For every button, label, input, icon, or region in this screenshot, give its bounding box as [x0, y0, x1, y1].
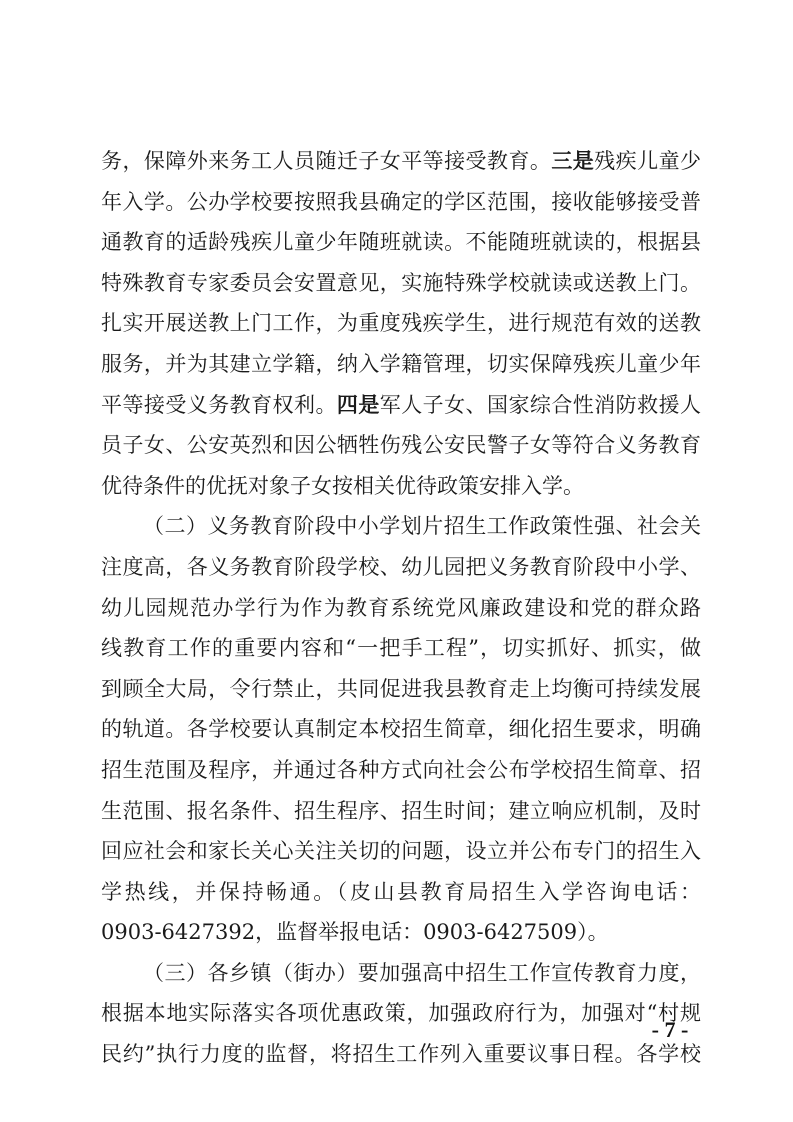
text-line: 幼儿园规范办学行为作为教育系统党风廉政建设和党的群众路 [101, 588, 701, 629]
text-line: 特殊教育专家委员会安置意见，实施特殊学校就读或送教上门。 [101, 263, 701, 304]
text-line: 通教育的适龄残疾儿童少年随班就读。不能随班就读的，根据县 [101, 222, 701, 263]
text-line: 平等接受义务教育权利。四是军人子女、国家综合性消防救援人 [101, 385, 701, 426]
section-two-heading-line: （二）义务教育阶段中小学划片招生工作政策性强、社会关 [101, 506, 701, 547]
text-line: 线教育工作的重要内容和“一把手工程”，切实抓好、抓实，做 [101, 628, 701, 669]
section-three-heading-line: （三）各乡镇（街办）要加强高中招生工作宣传教育力度， [101, 953, 701, 994]
text-line: 到顾全大局，令行禁止，共同促进我县教育走上均衡可持续发展 [101, 669, 701, 710]
text-line: 学热线，并保持畅通。（皮山县教育局招生入学咨询电话： [101, 872, 701, 913]
text-run: 平等接受义务教育权利。 [101, 393, 337, 417]
text-line: 生范围、报名条件、招生程序、招生时间；建立响应机制，及时 [101, 791, 701, 832]
document-page: 务，保障外来务工人员随迁子女平等接受教育。三是残疾儿童少 年入学。公办学校要按照… [0, 0, 793, 1122]
text-line: 回应社会和家长关心关注关切的问题，设立并公布专门的招生入 [101, 831, 701, 872]
text-line: 年入学。公办学校要按照我县确定的学区范围，接收能够接受普 [101, 182, 701, 223]
text-line: 招生范围及程序，并通过各种方式向社会公布学校招生简章、招 [101, 750, 701, 791]
text-line: 扎实开展送教上门工作，为重度残疾学生，进行规范有效的送教 [101, 303, 701, 344]
emphasis-sanshi: 三是 [551, 148, 594, 173]
text-run: 残疾儿童少 [594, 149, 701, 173]
text-line: 根据本地实际落实各项优惠政策，加强政府行为，加强对“村规 [101, 993, 701, 1034]
phone-numbers-line: 0903-6427392，监督举报电话：0903-6427509）。 [101, 912, 701, 953]
text-line: 员子女、公安英烈和因公牺牲伤残公安民警子女等符合义务教育 [101, 425, 701, 466]
text-run: 务，保障外来务工人员随迁子女平等接受教育。 [101, 149, 551, 173]
text-line: 优待条件的优抚对象子女按相关优待政策安排入学。 [101, 466, 701, 507]
text-run: 军人子女、国家综合性消防救援人 [380, 393, 701, 417]
emphasis-sishi: 四是 [337, 392, 380, 417]
page-number: - 7 - [640, 1015, 700, 1045]
text-line: 服务，并为其建立学籍，纳入学籍管理，切实保障残疾儿童少年 [101, 344, 701, 385]
text-line: 民约”执行力度的监督，将招生工作列入重要议事日程。各学校 [101, 1034, 701, 1075]
text-line: 的轨道。各学校要认真制定本校招生简章，细化招生要求，明确 [101, 709, 701, 750]
text-line: 务，保障外来务工人员随迁子女平等接受教育。三是残疾儿童少 [101, 141, 701, 182]
text-line: 注度高，各义务教育阶段学校、幼儿园把义务教育阶段中小学、 [101, 547, 701, 588]
body-text: 务，保障外来务工人员随迁子女平等接受教育。三是残疾儿童少 年入学。公办学校要按照… [101, 141, 701, 1075]
